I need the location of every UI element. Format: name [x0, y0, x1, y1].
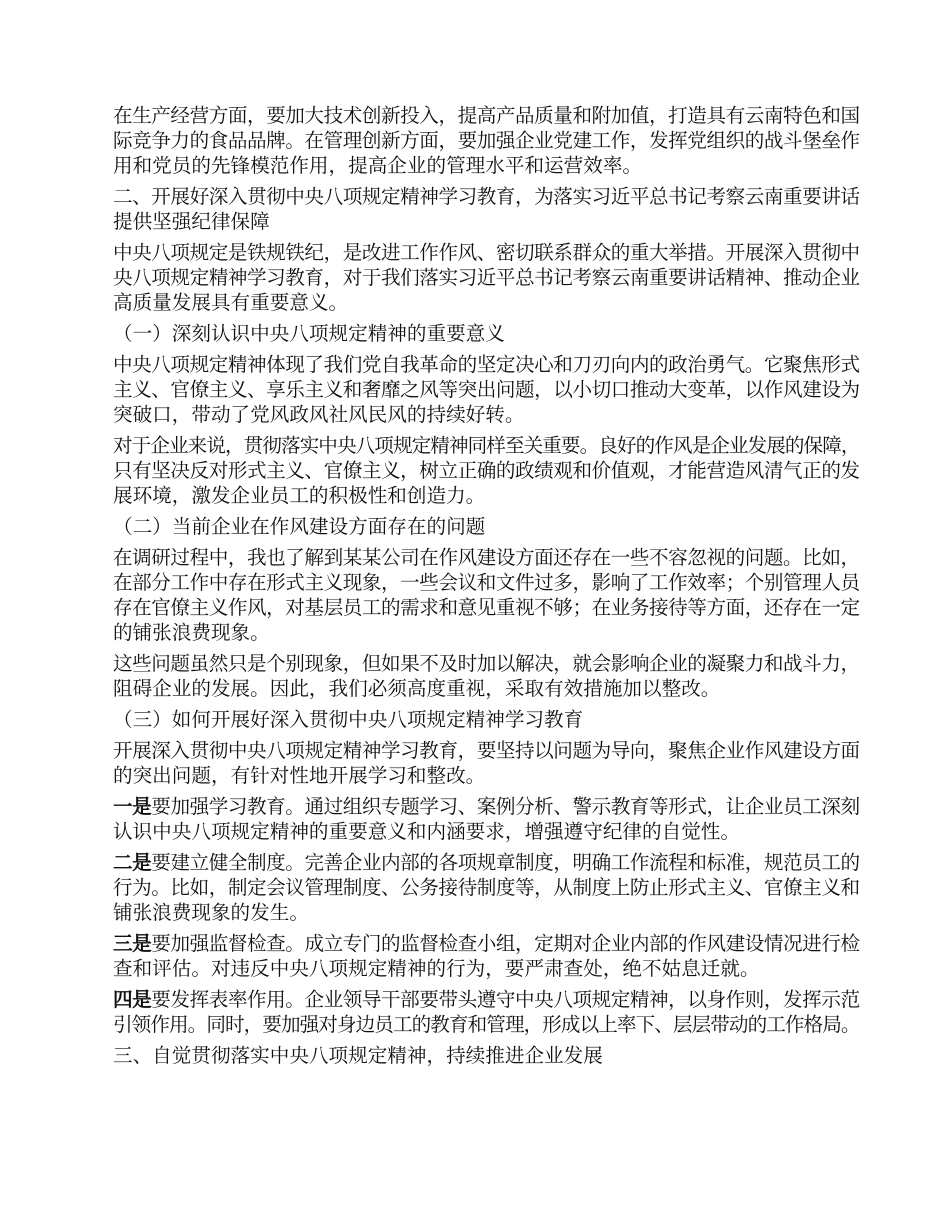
text-line: 主义、官僚主义、享乐主义和奢靡之风等突出问题，以小切口推动大变革，以作风建设为: [113, 378, 861, 403]
text-run: 在生产经营方面，要加大技术创新投入，提高产品质量和附加值，打造具有云南特色和国: [113, 106, 860, 127]
subheading-paragraph: （三）如何开展好深入贯彻中央八项规定精神学习教育: [113, 708, 861, 733]
text-line: 四是要发挥表率作用。企业领导干部要带头遵守中央八项规定精神，以身作则，发挥示范: [113, 988, 861, 1013]
text-run: 在调研过程中，我也了解到某某公司在作风建设方面还存在一些不容忽视的问题。比如，: [113, 548, 860, 569]
text-line: 突破口，带动了党风政风社风民风的持续好转。: [113, 403, 861, 428]
text-line: （三）如何开展好深入贯彻中央八项规定精神学习教育: [113, 708, 861, 733]
body-paragraph: 四是要发挥表率作用。企业领导干部要带头遵守中央八项规定精神，以身作则，发挥示范引…: [113, 988, 861, 1038]
text-line: 在调研过程中，我也了解到某某公司在作风建设方面还存在一些不容忽视的问题。比如，: [113, 546, 861, 571]
text-line: 用和党员的先锋模范作用，提高企业的管理水平和运营效率。: [113, 154, 861, 179]
text-line: 引领作用。同时，要加强对身边员工的教育和管理，形成以上率下、层层带动的工作格局。: [113, 1013, 861, 1038]
body-paragraph: 在调研过程中，我也了解到某某公司在作风建设方面还存在一些不容忽视的问题。比如，在…: [113, 546, 861, 646]
text-line: 提供坚强纪律保障: [113, 210, 861, 235]
text-run: （二）当前企业在作风建设方面存在的问题: [113, 517, 485, 538]
text-run: 这些问题虽然只是个别现象，但如果不及时加以解决，就会影响企业的凝聚力和战斗力，: [113, 654, 860, 675]
body-paragraph: 二是要建立健全制度。完善企业内部的各项规章制度，明确工作流程和标准，规范员工的行…: [113, 851, 861, 926]
text-run: 要加强监督检查。成立专门的监督检查小组，定期对企业内部的作风建设情况进行检: [151, 934, 859, 955]
text-run: 在部分工作中存在形式主义现象，一些会议和文件过多，影响了工作效率；个别管理人员: [113, 573, 860, 594]
text-line: 在生产经营方面，要加大技术创新投入，提高产品质量和附加值，打造具有云南特色和国: [113, 104, 861, 129]
text-line: 展环境，激发企业员工的积极性和创造力。: [113, 484, 861, 509]
document-body: 在生产经营方面，要加大技术创新投入，提高产品质量和附加值，打造具有云南特色和国际…: [113, 104, 861, 1075]
text-line: 二是要建立健全制度。完善企业内部的各项规章制度，明确工作流程和标准，规范员工的: [113, 851, 861, 876]
bold-run: 二是: [113, 853, 151, 874]
text-run: 阻碍企业的发展。因此，我们必须高度重视，采取有效措施加以整改。: [113, 679, 720, 700]
text-line: 一是要加强学习教育。通过组织专题学习、案例分析、警示教育等形式，让企业员工深刻: [113, 795, 861, 820]
text-line: 这些问题虽然只是个别现象，但如果不及时加以解决，就会影响企业的凝聚力和战斗力，: [113, 652, 861, 677]
text-run: 提供坚强纪律保障: [113, 212, 270, 233]
text-run: （一）深刻认识中央八项规定精神的重要意义: [113, 324, 505, 345]
bold-run: 一是: [113, 797, 151, 818]
text-run: 二、开展好深入贯彻中央八项规定精神学习教育，为落实习近平总书记考察云南重要讲话: [113, 187, 860, 208]
text-run: 引领作用。同时，要加强对身边员工的教育和管理，形成以上率下、层层带动的工作格局。: [113, 1015, 860, 1036]
text-line: 际竞争力的食品品牌。在管理创新方面，要加强企业党建工作，发挥党组织的战斗堡垒作: [113, 129, 861, 154]
text-run: 际竞争力的食品品牌。在管理创新方面，要加强企业党建工作，发挥党组织的战斗堡垒作: [113, 131, 860, 152]
text-line: 的铺张浪费现象。: [113, 621, 861, 646]
body-paragraph: 中央八项规定是铁规铁纪，是改进工作作风、密切联系群众的重大举措。开展深入贯彻中央…: [113, 241, 861, 316]
bold-run: 四是: [113, 990, 151, 1011]
heading-paragraph: 三、自觉贯彻落实中央八项规定精神，持续推进企业发展: [113, 1044, 861, 1069]
text-line: 存在官僚主义作风，对基层员工的需求和意见重视不够；在业务接待等方面，还存在一定: [113, 596, 861, 621]
text-line: （二）当前企业在作风建设方面存在的问题: [113, 515, 861, 540]
text-run: 开展深入贯彻中央八项规定精神学习教育，要坚持以问题为导向，聚焦企业作风建设方面: [113, 741, 860, 762]
body-paragraph: 一是要加强学习教育。通过组织专题学习、案例分析、警示教育等形式，让企业员工深刻认…: [113, 795, 861, 845]
text-line: 的突出问题，有针对性地开展学习和整改。: [113, 764, 861, 789]
text-run: 三、自觉贯彻落实中央八项规定精神，持续推进企业发展: [113, 1046, 603, 1067]
text-line: 开展深入贯彻中央八项规定精神学习教育，要坚持以问题为导向，聚焦企业作风建设方面: [113, 739, 861, 764]
text-run: 中央八项规定精神体现了我们党自我革命的坚定决心和刀刃向内的政治勇气。它聚焦形式: [113, 355, 860, 376]
text-line: 中央八项规定精神体现了我们党自我革命的坚定决心和刀刃向内的政治勇气。它聚焦形式: [113, 353, 861, 378]
text-line: 铺张浪费现象的发生。: [113, 901, 861, 926]
body-paragraph: 这些问题虽然只是个别现象，但如果不及时加以解决，就会影响企业的凝聚力和战斗力，阻…: [113, 652, 861, 702]
text-line: 查和评估。对违反中央八项规定精神的行为，要严肃查处，绝不姑息迁就。: [113, 957, 861, 982]
text-run: 要加强学习教育。通过组织专题学习、案例分析、警示教育等形式，让企业员工深刻: [151, 797, 859, 818]
text-run: 央八项规定精神学习教育，对于我们落实习近平总书记考察云南重要讲话精神、推动企业: [113, 268, 860, 289]
text-run: 查和评估。对违反中央八项规定精神的行为，要严肃查处，绝不姑息迁就。: [113, 959, 760, 980]
text-line: 行为。比如，制定会议管理制度、公务接待制度等，从制度上防止形式主义、官僚主义和: [113, 876, 861, 901]
text-run: 对于企业来说，贯彻落实中央八项规定精神同样至关重要。良好的作风是企业发展的保障，: [113, 436, 860, 457]
heading-paragraph: 二、开展好深入贯彻中央八项规定精神学习教育，为落实习近平总书记考察云南重要讲话提…: [113, 185, 861, 235]
text-run: 用和党员的先锋模范作用，提高企业的管理水平和运营效率。: [113, 156, 642, 177]
text-run: （三）如何开展好深入贯彻中央八项规定精神学习教育: [113, 710, 583, 731]
text-line: 二、开展好深入贯彻中央八项规定精神学习教育，为落实习近平总书记考察云南重要讲话: [113, 185, 861, 210]
text-run: 突破口，带动了党风政风社风民风的持续好转。: [113, 405, 524, 426]
bold-run: 三是: [113, 934, 151, 955]
body-paragraph: 中央八项规定精神体现了我们党自我革命的坚定决心和刀刃向内的政治勇气。它聚焦形式主…: [113, 353, 861, 428]
subheading-paragraph: （一）深刻认识中央八项规定精神的重要意义: [113, 322, 861, 347]
text-run: 主义、官僚主义、享乐主义和奢靡之风等突出问题，以小切口推动大变革，以作风建设为: [113, 380, 860, 401]
text-run: 展环境，激发企业员工的积极性和创造力。: [113, 486, 485, 507]
text-run: 行为。比如，制定会议管理制度、公务接待制度等，从制度上防止形式主义、官僚主义和: [113, 878, 860, 899]
text-line: 只有坚决反对形式主义、官僚主义，树立正确的政绩观和价值观，才能营造风清气正的发: [113, 459, 861, 484]
text-line: 央八项规定精神学习教育，对于我们落实习近平总书记考察云南重要讲话精神、推动企业: [113, 266, 861, 291]
text-line: 阻碍企业的发展。因此，我们必须高度重视，采取有效措施加以整改。: [113, 677, 861, 702]
text-run: 中央八项规定是铁规铁纪，是改进工作作风、密切联系群众的重大举措。开展深入贯彻中: [113, 243, 860, 264]
text-run: 铺张浪费现象的发生。: [113, 903, 309, 924]
text-run: 存在官僚主义作风，对基层员工的需求和意见重视不够；在业务接待等方面，还存在一定: [113, 598, 860, 619]
text-line: （一）深刻认识中央八项规定精神的重要意义: [113, 322, 861, 347]
text-run: 要建立健全制度。完善企业内部的各项规章制度，明确工作流程和标准，规范员工的: [151, 853, 859, 874]
text-run: 的突出问题，有针对性地开展学习和整改。: [113, 766, 485, 787]
text-line: 认识中央八项规定精神的重要意义和内涵要求，增强遵守纪律的自觉性。: [113, 820, 861, 845]
text-run: 只有坚决反对形式主义、官僚主义，树立正确的政绩观和价值观，才能营造风清气正的发: [113, 461, 860, 482]
body-paragraph: 对于企业来说，贯彻落实中央八项规定精神同样至关重要。良好的作风是企业发展的保障，…: [113, 434, 861, 509]
body-paragraph: 三是要加强监督检查。成立专门的监督检查小组，定期对企业内部的作风建设情况进行检查…: [113, 932, 861, 982]
text-run: 认识中央八项规定精神的重要意义和内涵要求，增强遵守纪律的自觉性。: [113, 822, 740, 843]
body-paragraph: 在生产经营方面，要加大技术创新投入，提高产品质量和附加值，打造具有云南特色和国际…: [113, 104, 861, 179]
text-line: 三、自觉贯彻落实中央八项规定精神，持续推进企业发展: [113, 1044, 861, 1069]
text-line: 在部分工作中存在形式主义现象，一些会议和文件过多，影响了工作效率；个别管理人员: [113, 571, 861, 596]
text-line: 高质量发展具有重要意义。: [113, 291, 861, 316]
body-paragraph: 开展深入贯彻中央八项规定精神学习教育，要坚持以问题为导向，聚焦企业作风建设方面的…: [113, 739, 861, 789]
text-run: 要发挥表率作用。企业领导干部要带头遵守中央八项规定精神，以身作则，发挥示范: [151, 990, 859, 1011]
subheading-paragraph: （二）当前企业在作风建设方面存在的问题: [113, 515, 861, 540]
text-line: 对于企业来说，贯彻落实中央八项规定精神同样至关重要。良好的作风是企业发展的保障，: [113, 434, 861, 459]
text-run: 的铺张浪费现象。: [113, 623, 270, 644]
text-line: 中央八项规定是铁规铁纪，是改进工作作风、密切联系群众的重大举措。开展深入贯彻中: [113, 241, 861, 266]
text-line: 三是要加强监督检查。成立专门的监督检查小组，定期对企业内部的作风建设情况进行检: [113, 932, 861, 957]
document-page: 在生产经营方面，要加大技术创新投入，提高产品质量和附加值，打造具有云南特色和国际…: [0, 0, 950, 1230]
text-run: 高质量发展具有重要意义。: [113, 293, 348, 314]
